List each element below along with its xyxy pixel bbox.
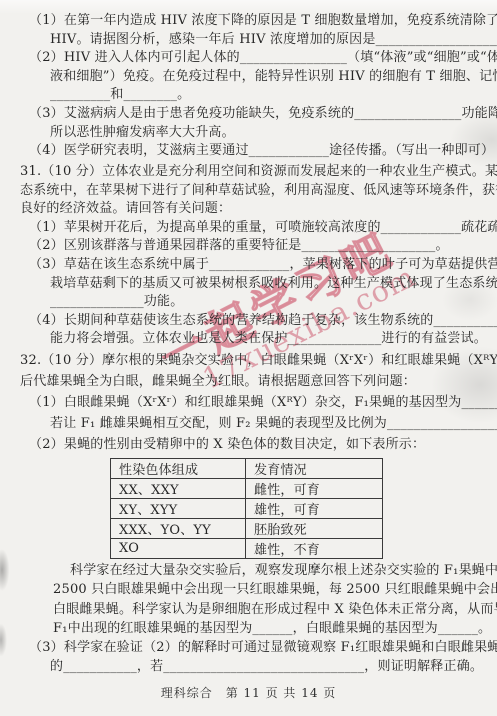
text-line: 31.（10 分）立体农业是充分利用空间和资源而发展起来的一种农业生产模式。某果…	[20, 163, 497, 182]
text-line: 科学家在经过大量杂交实验后，观察发现摩尔根上述杂交实验的 F₁果蝇中，每	[70, 561, 497, 580]
table-cell: XY、XYY	[111, 499, 246, 519]
table-row: XXX、YO、YY 胚胎致死	[111, 519, 383, 539]
text-line: 能力将会增强。立体农业也是人类在保护______________进行的有益尝试。	[50, 330, 497, 349]
text-line: （2）HIV 进入人体内可引起人体的________________（填“体液”…	[29, 49, 497, 68]
text-line: 2500 只白眼雄果蝇中会出现一只红眼雄果蝇，每 2500 只红眼雌果蝇中会出现…	[53, 580, 497, 599]
text-line: （2）区别该群落与普通果园群落的重要特征是___________________…	[29, 237, 497, 256]
text-line: 所以恶性肿瘤发病率大大升高。	[50, 124, 497, 143]
table-cell: XXX、YO、YY	[111, 519, 246, 539]
text-line: 白眼雌果蝇。科学家认为是卵细胞在形成过程中 X 染色体未正常分离，从而导致	[53, 600, 497, 619]
text-line: （1）白眼雌果蝇（XʳXʳ）和红眼雄果蝇（XᴿY）杂交，F₁果蝇的基因型为___…	[29, 392, 497, 413]
table-row: XX、XXY 雌性，可育	[111, 479, 383, 499]
text-line: （1）在第一年内造成 HIV 浓度下降的原因是 T 细胞数量增加，免疫系统清除了…	[29, 12, 497, 31]
sex-chromosome-table: 性染色体组成 发育情况 XX、XXY 雌性，可育 XY、XYY 雄性，可育 XX…	[110, 458, 383, 559]
text-line: ______________功能。	[50, 293, 497, 312]
text-line: 的___________，若__________________________…	[50, 657, 497, 676]
text-line: 液和细胞”）免疫。在免疫过程中，能特异性识别 HIV 的细胞有 T 细胞、记忆细…	[50, 68, 497, 87]
text-line: （1）苹果树开花后，为提高单果的重量，可喷施较高浓度的____________疏…	[29, 219, 497, 238]
text-line: _________和________。	[50, 86, 497, 105]
table-header-cell: 发育情况	[246, 459, 383, 479]
table-cell: 雄性，可育	[246, 499, 383, 519]
text-line: （3）草菇在该生态系统中属于____________，苹果树落下的叶子可为草菇提…	[29, 256, 497, 275]
text-line: HIV。请据图分析，感染一年后 HIV 浓度增加的原因是____________…	[50, 31, 497, 50]
text-line: （4）医学研究表明，艾滋病主要通过____________途径传播。（写出一种即…	[29, 142, 497, 161]
text-line: 栽培草菇剩下的基质又可被果树根系吸收利用。这种生产模式体现了生态系统的	[50, 275, 497, 294]
text-line: F₁中出现的红眼雄果蝇的基因型为______，白眼雌果蝇的基因型为______。	[53, 619, 497, 638]
question-30-block: （1）在第一年内造成 HIV 浓度下降的原因是 T 细胞数量增加，免疫系统清除了…	[0, 12, 497, 161]
text-line: （3）艾滋病病人是由于患者免疫功能缺失，免疫系统的_______________…	[29, 105, 497, 124]
text-line: 若让 F₁ 雌雄果蝇相互交配，则 F₂ 果蝇的表现型及比例为__________…	[50, 413, 497, 434]
text-line: 良好的经济效益。请回答有关问题：	[20, 200, 497, 219]
scanned-exam-page: { "watermark": { "title": "一起学习吧", "doma…	[0, 0, 497, 716]
table-cell: 雄性，不育	[246, 539, 383, 559]
table-header-cell: 性染色体组成	[111, 459, 246, 479]
table-cell: XX、XXY	[111, 479, 246, 499]
table-cell: XO	[111, 539, 246, 559]
text-line: （4）长期间种草菇使该生态系统的营养结构趋于复杂，该生物系统的_________…	[29, 312, 497, 331]
text-line: （2）果蝇的性别由受精卵中的 X 染色体的数目决定，如下表所示：	[29, 434, 497, 455]
question-32-block: 32.（10 分）摩尔根的果蝇杂交实验中，白眼雌果蝇（XʳXʳ）和红眼雄果蝇（X…	[0, 350, 497, 677]
text-line: 后代雄果蝇全为白眼，雌果蝇全为红眼。请根据题意回答下列问题：	[20, 371, 497, 392]
table-row: XY、XYY 雄性，可育	[111, 499, 383, 519]
text-line: 32.（10 分）摩尔根的果蝇杂交实验中，白眼雌果蝇（XʳXʳ）和红眼雄果蝇（X…	[20, 350, 497, 371]
table-cell: 胚胎致死	[246, 519, 383, 539]
text-line: （3）科学家在验证（2）的解释时可通过显微镜观察 F₁红眼雄果蝇和白眼雌果蝇细胞…	[29, 638, 497, 657]
table-cell: 雌性，可育	[246, 479, 383, 499]
text-line: 态系统中，在苹果树下进行了间种草菇试验，利用高湿度、低风速等环境条件，获得了	[20, 182, 497, 201]
table-row: XO 雄性，不育	[111, 539, 383, 559]
question-31-block: 31.（10 分）立体农业是充分利用空间和资源而发展起来的一种农业生产模式。某果…	[0, 163, 497, 349]
page-footer: 理科综合 第 11 页 共 14 页	[0, 684, 497, 701]
table-header-row: 性染色体组成 发育情况	[111, 459, 383, 479]
